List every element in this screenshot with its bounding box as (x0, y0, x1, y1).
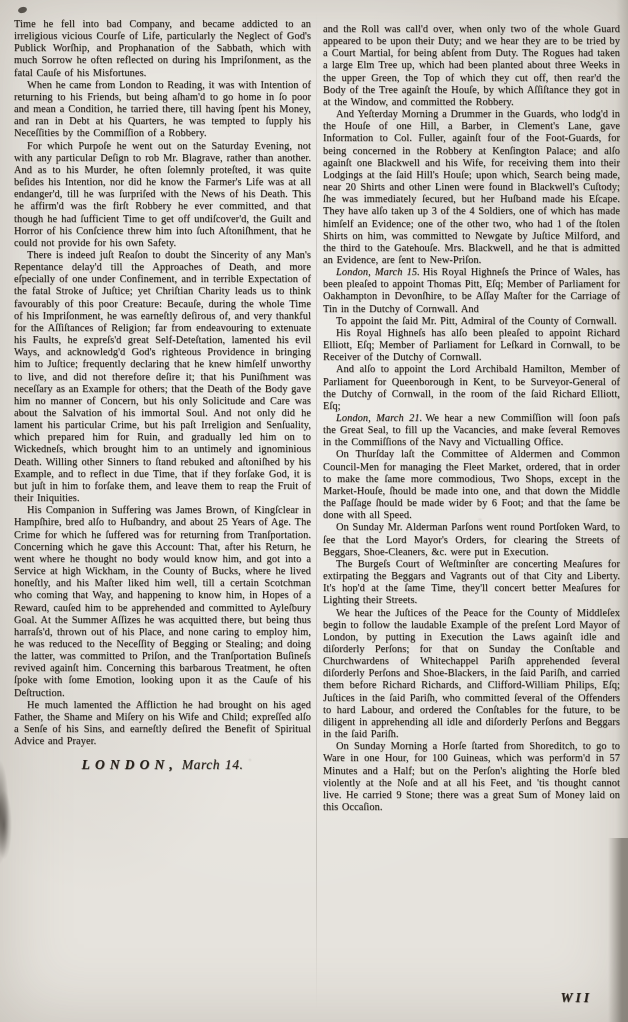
news-paragraph: His Royal Highneſs has alſo been pleaſed… (323, 328, 620, 364)
right-column: and the Roll was call'd over, when only … (323, 24, 620, 814)
news-paragraph: London, March 21.We hear a new Commiſſio… (323, 413, 620, 449)
column-divider-rule (316, 12, 317, 1010)
news-paragraph: and the Roll was call'd over, when only … (323, 24, 620, 109)
news-paragraph: And Yeſterday Morning a Drummer in the G… (323, 109, 620, 267)
news-paragraph: We hear the Juſtices of the Peace for th… (323, 608, 620, 742)
news-paragraph: Time he fell into bad Company, and becam… (14, 19, 311, 80)
news-paragraph: He much lamented the Affliction he had b… (14, 700, 311, 749)
news-paragraph: London, March 15.His Royal Highneſs the … (323, 267, 620, 316)
heading-date-label: March 14. (182, 757, 244, 772)
ink-smudge-left-2 (0, 790, 12, 860)
heading-city-label: LONDON, (82, 757, 178, 772)
news-paragraph: On Sunday Mr. Alderman Parſons went roun… (323, 522, 620, 558)
dateline-london-march-15: London, March 15. (336, 267, 420, 278)
left-column: Time he fell into bad Company, and becam… (14, 19, 311, 780)
news-paragraph: When he came from London to Reading, it … (14, 80, 311, 141)
printer-signature-mark: WII (560, 990, 592, 1006)
news-paragraph: The Burgeſs Court of Weſtminſter are con… (323, 559, 620, 608)
news-paragraph: There is indeed juſt Reaſon to doubt the… (14, 250, 311, 505)
news-paragraph: For which Purpoſe he went out on the Sat… (14, 141, 311, 250)
news-paragraph: His Companion in Suffering was James Bro… (14, 505, 311, 700)
newspaper-page: Time he fell into bad Company, and becam… (0, 0, 628, 1022)
news-paragraph: To appoint the ſaid Mr. Pitt, Admiral of… (323, 316, 620, 328)
scan-edge-shadow-bottom (608, 838, 628, 1022)
news-paragraph: On Thurſday laſt the Committee of Alderm… (323, 449, 620, 522)
ink-speck-top (17, 6, 27, 14)
news-paragraph: On Sunday Morning a Horſe ſtarted from S… (323, 741, 620, 814)
dateline-london-march-21: London, March 21. (336, 413, 422, 424)
london-dateline-heading: LONDON,March 14. (14, 757, 311, 772)
news-paragraph: And alſo to appoint the Lord Archibald H… (323, 364, 620, 413)
